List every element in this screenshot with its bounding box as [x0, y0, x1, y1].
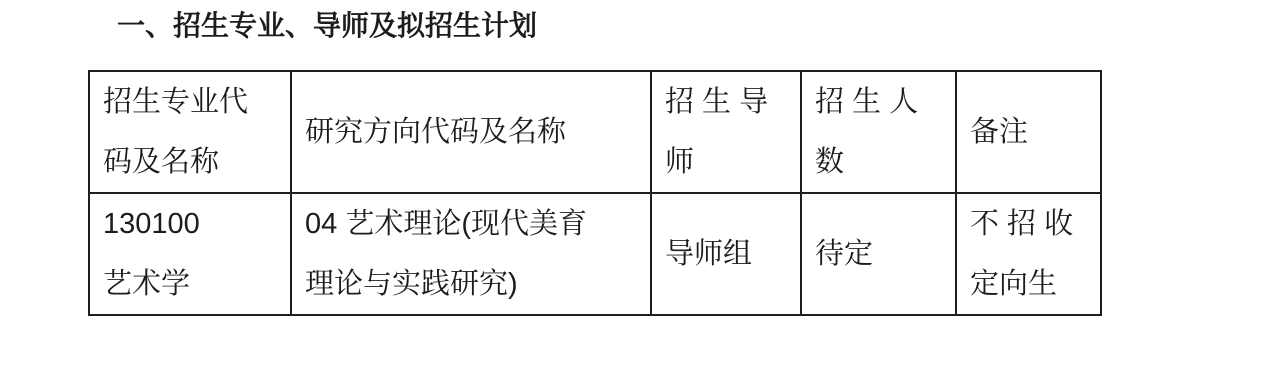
cell-line: 定向生	[970, 254, 1090, 314]
cell-supervisor: 导师组	[651, 193, 801, 315]
cell-line: 艺术学	[103, 254, 280, 314]
cell-line: 招 生 人	[815, 72, 945, 132]
cell-line: 待定	[815, 224, 945, 284]
cell-line: 招 生 导	[665, 72, 790, 132]
header-cell-major-code-name: 招生专业代 码及名称	[89, 71, 291, 193]
header-cell-enrollment-count: 招 生 人 数	[801, 71, 956, 193]
cell-line: 数	[815, 132, 945, 192]
cell-major-code-name: 130100 艺术学	[89, 193, 291, 315]
cell-line: 师	[665, 132, 790, 192]
cell-line: 招生专业代	[103, 72, 280, 132]
admissions-table: 招生专业代 码及名称 研究方向代码及名称 招 生 导 师 招 生 人 数 备注	[88, 70, 1102, 316]
cell-line: 理论与实践研究)	[305, 254, 640, 314]
cell-line: 码及名称	[103, 132, 280, 192]
cell-line: 导师组	[665, 224, 790, 284]
section-heading: 一、招生专业、导师及拟招生计划	[117, 8, 537, 44]
table-header-row: 招生专业代 码及名称 研究方向代码及名称 招 生 导 师 招 生 人 数 备注	[89, 71, 1101, 193]
cell-line: 研究方向代码及名称	[305, 102, 640, 162]
cell-line: 不 招 收	[970, 194, 1090, 254]
header-cell-research-direction: 研究方向代码及名称	[291, 71, 651, 193]
document-page: 一、招生专业、导师及拟招生计划 招生专业代 码及名称 研究方向代码及名称 招 生…	[0, 0, 1280, 377]
cell-enrollment-count: 待定	[801, 193, 956, 315]
cell-line: 备注	[970, 102, 1090, 162]
header-cell-remarks: 备注	[956, 71, 1101, 193]
header-cell-supervisor: 招 生 导 师	[651, 71, 801, 193]
cell-line: 130100	[103, 194, 280, 254]
cell-line: 04 艺术理论(现代美育	[305, 194, 640, 254]
cell-remarks: 不 招 收 定向生	[956, 193, 1101, 315]
cell-research-direction: 04 艺术理论(现代美育 理论与实践研究)	[291, 193, 651, 315]
table-row: 130100 艺术学 04 艺术理论(现代美育 理论与实践研究) 导师组 待定 …	[89, 193, 1101, 315]
